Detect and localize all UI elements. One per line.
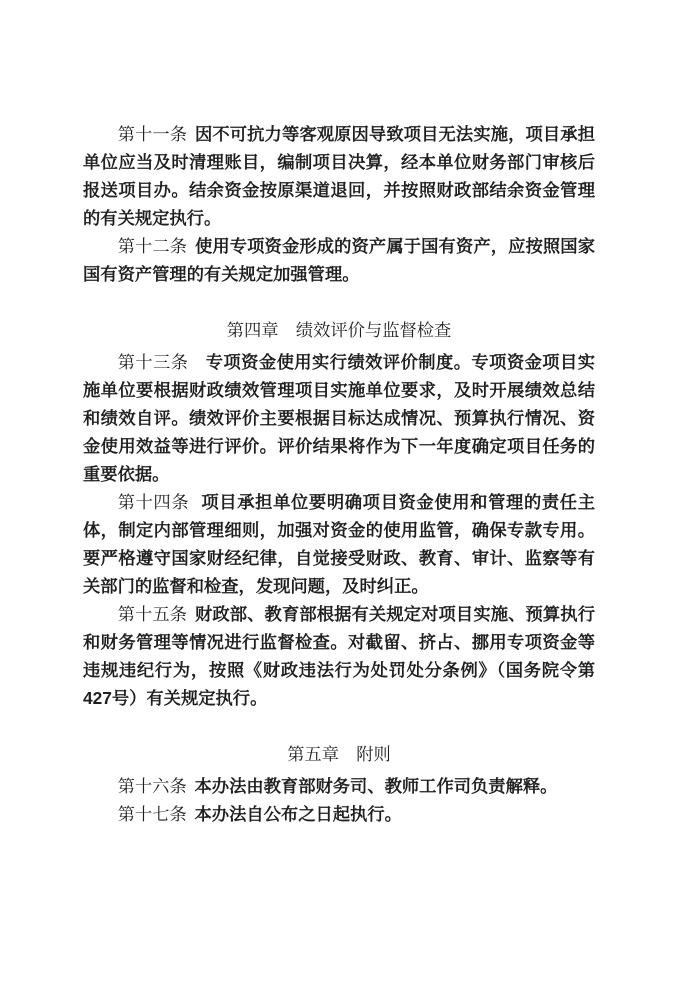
article-text: 本办法自公布之日起执行。 xyxy=(195,804,402,824)
article-paragraph-15: 第十五条财政部、教育部根据有关规定对项目实施、预算执行和财务管理等情况进行监督检… xyxy=(83,600,595,712)
article-paragraph-13: 第十三条专项资金使用实行绩效评价制度。专项资金项目实施单位要根据财政绩效管理项目… xyxy=(83,348,595,488)
article-paragraph-14: 第十四条项目承担单位要明确项目资金使用和管理的责任主体，制定内部管理细则，加强对… xyxy=(83,488,595,600)
article-number: 第十三条 xyxy=(118,352,189,372)
article-paragraph-17: 第十七条本办法自公布之日起执行。 xyxy=(83,800,595,828)
document-page: 第十一条因不可抗力等客观原因导致项目无法实施，项目承担单位应当及时清理账目，编制… xyxy=(0,0,700,994)
article-number: 第十一条 xyxy=(118,124,188,144)
article-paragraph-11: 第十一条因不可抗力等客观原因导致项目无法实施，项目承担单位应当及时清理账目，编制… xyxy=(83,120,595,232)
chapter-heading-4: 第四章 绩效评价与监督检查 xyxy=(83,316,595,344)
article-number: 第十七条 xyxy=(118,804,187,824)
article-number: 第十六条 xyxy=(118,776,187,796)
article-number: 第十五条 xyxy=(118,604,188,624)
article-paragraph-12: 第十二条使用专项资金形成的资产属于国有资产，应按照国家国有资产管理的有关规定加强… xyxy=(83,232,595,288)
document-body: 第十一条因不可抗力等客观原因导致项目无法实施，项目承担单位应当及时清理账目，编制… xyxy=(83,120,595,828)
article-paragraph-16: 第十六条本办法由教育部财务司、教师工作司负责解释。 xyxy=(83,772,595,800)
article-text: 本办法由教育部财务司、教师工作司负责解释。 xyxy=(195,776,558,796)
article-number: 第十四条 xyxy=(118,492,190,512)
article-number: 第十二条 xyxy=(118,236,188,256)
chapter-heading-5: 第五章 附则 xyxy=(83,740,595,768)
